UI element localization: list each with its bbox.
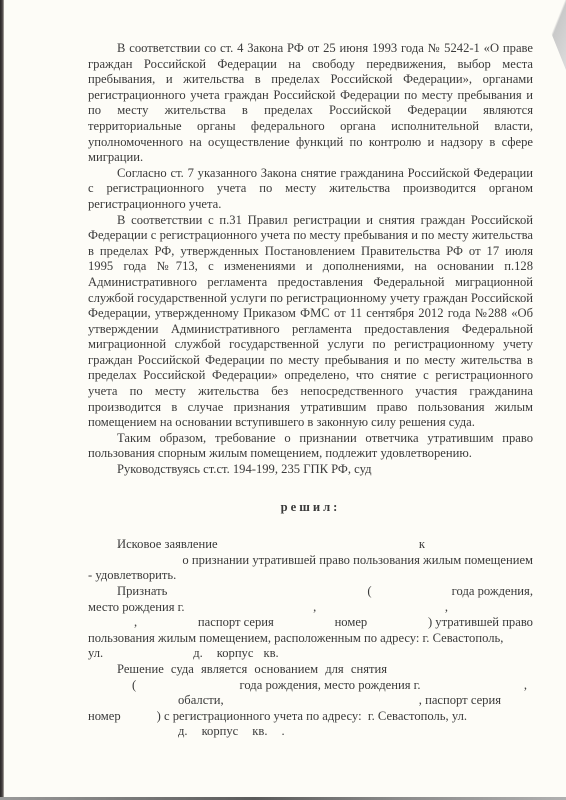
- basis-intro: Решение суда является основанием для сня…: [88, 662, 533, 678]
- claim-against: к: [419, 537, 425, 553]
- claim-label: Исковое заявление: [117, 537, 218, 553]
- paragraph-art-7: Согласно ст. 7 указанного Закона снятие …: [88, 166, 533, 213]
- paragraph-guided-by: Руководствуясь ст.ст. 194-199, 235 ГПК Р…: [88, 462, 533, 478]
- resolution-heading: решил:: [88, 500, 533, 516]
- paragraph-law-5242-1: В соответствии со ст. 4 Закона РФ от 25 …: [88, 41, 533, 166]
- claim-outcome: - удовлетворить.: [88, 568, 533, 584]
- resolution-recognize: Признать ( года рождения, место рождения…: [88, 584, 533, 662]
- page-left-shadow: [0, 0, 4, 800]
- scanned-document-page: В соответствии со ст. 4 Закона РФ от 25 …: [0, 0, 566, 800]
- claim-subject: о признании утратившей право пользования…: [88, 553, 533, 569]
- resolution-basis: Решение суда является основанием для сня…: [88, 662, 533, 740]
- paragraph-conclusion: Таким образом, требование о признании от…: [88, 431, 533, 462]
- resolution-claim: Исковое заявление к о признании утративш…: [88, 537, 533, 584]
- paragraph-rules-p31: В соответствии с п.31 Правил регистрации…: [88, 213, 533, 431]
- document-body: В соответствии со ст. 4 Закона РФ от 25 …: [88, 41, 533, 740]
- page-corner-fold: [538, 0, 566, 70]
- recognize-address: пользования жилым помещением, расположен…: [88, 631, 533, 647]
- recognize-label: Признать: [117, 584, 167, 600]
